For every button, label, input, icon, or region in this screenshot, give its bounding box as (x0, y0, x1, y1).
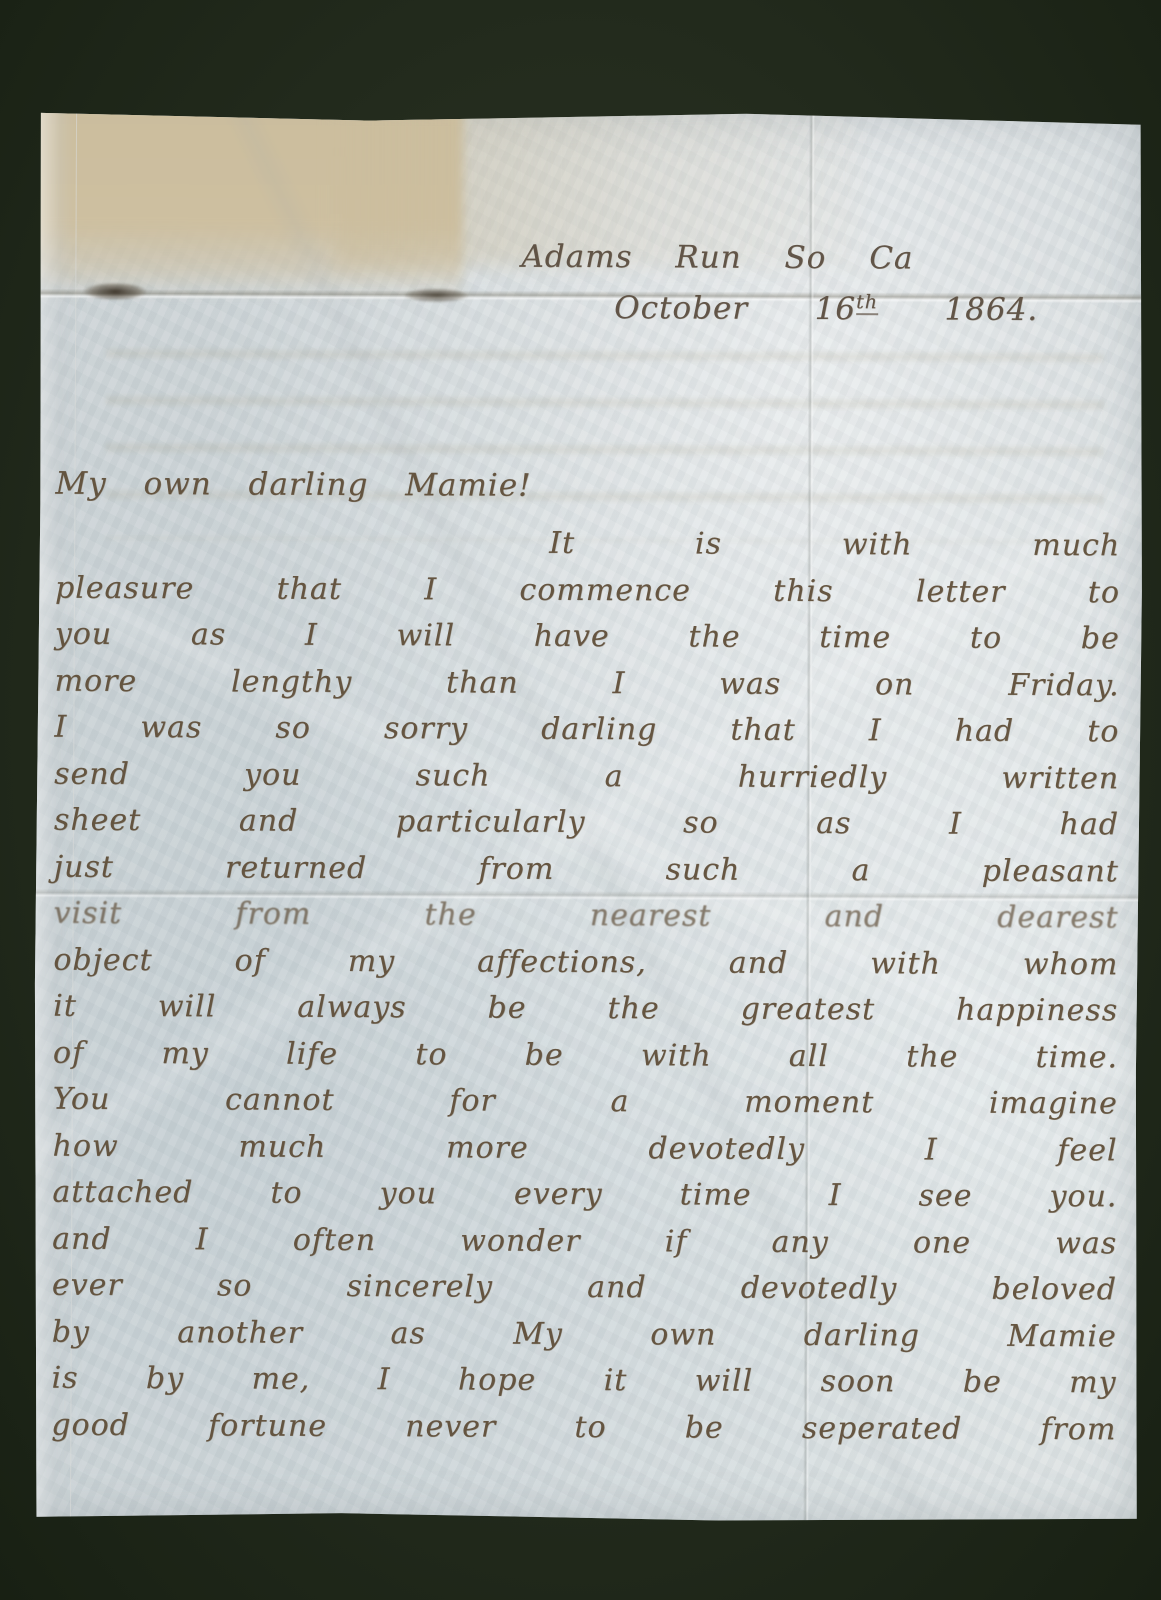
letter-line: more lengthy than I was on Friday. (54, 658, 1119, 709)
date-day: October 16 (614, 290, 856, 327)
letter-line: You cannot for a moment imagine (53, 1077, 1118, 1128)
letter-line: attached to you every time I see you. (52, 1170, 1117, 1221)
letter-line: of my life to be with all the time. (53, 1030, 1118, 1081)
letter-page: Adams Run So Ca October 16th 1864. My ow… (31, 109, 1145, 1525)
letter-line: ever so sincerely and devotedly beloved (52, 1263, 1117, 1314)
letter-photo-background: Adams Run So Ca October 16th 1864. My ow… (0, 0, 1161, 1600)
letter-line: is by me, I hope it will soon be my (51, 1356, 1116, 1407)
ink-blot-center (404, 288, 468, 302)
letter-place-line: Adams Run So Ca (521, 232, 913, 284)
letter-line: by another as My own darling Mamie (52, 1309, 1117, 1360)
letter-line: just returned from such a pleasant (54, 844, 1119, 895)
letter-line: it will always be the greatest happiness (53, 984, 1118, 1035)
letter-line: I was so sorry darling that I had to (54, 705, 1119, 756)
ink-blot-left (84, 283, 146, 300)
letter-date-line: October 16th 1864. (614, 283, 1038, 335)
letter-line: you as I will have the time to be (55, 612, 1120, 663)
letter-salutation: My own darling Mamie! (55, 461, 531, 510)
date-superscript: th (856, 291, 878, 315)
letter-line: how much more devotedly I feel (52, 1123, 1117, 1174)
letter-line: visit from the nearest and dearest (53, 891, 1118, 942)
letter-body: It is with much pleasure that I commence… (51, 519, 1120, 1454)
letter-line: object of my affections, and with whom (53, 937, 1118, 988)
letter-line: It is with much (55, 519, 1120, 570)
letter-line: good fortune never to be seperated from (51, 1402, 1116, 1453)
letter-line: pleasure that I commence this letter to (55, 565, 1120, 616)
date-year: 1864. (878, 291, 1038, 328)
letter-line: sheet and particularly so as I had (54, 798, 1119, 849)
letter-line: and I often wonder if any one was (52, 1216, 1117, 1267)
letter-line: send you such a hurriedly written (54, 751, 1119, 802)
